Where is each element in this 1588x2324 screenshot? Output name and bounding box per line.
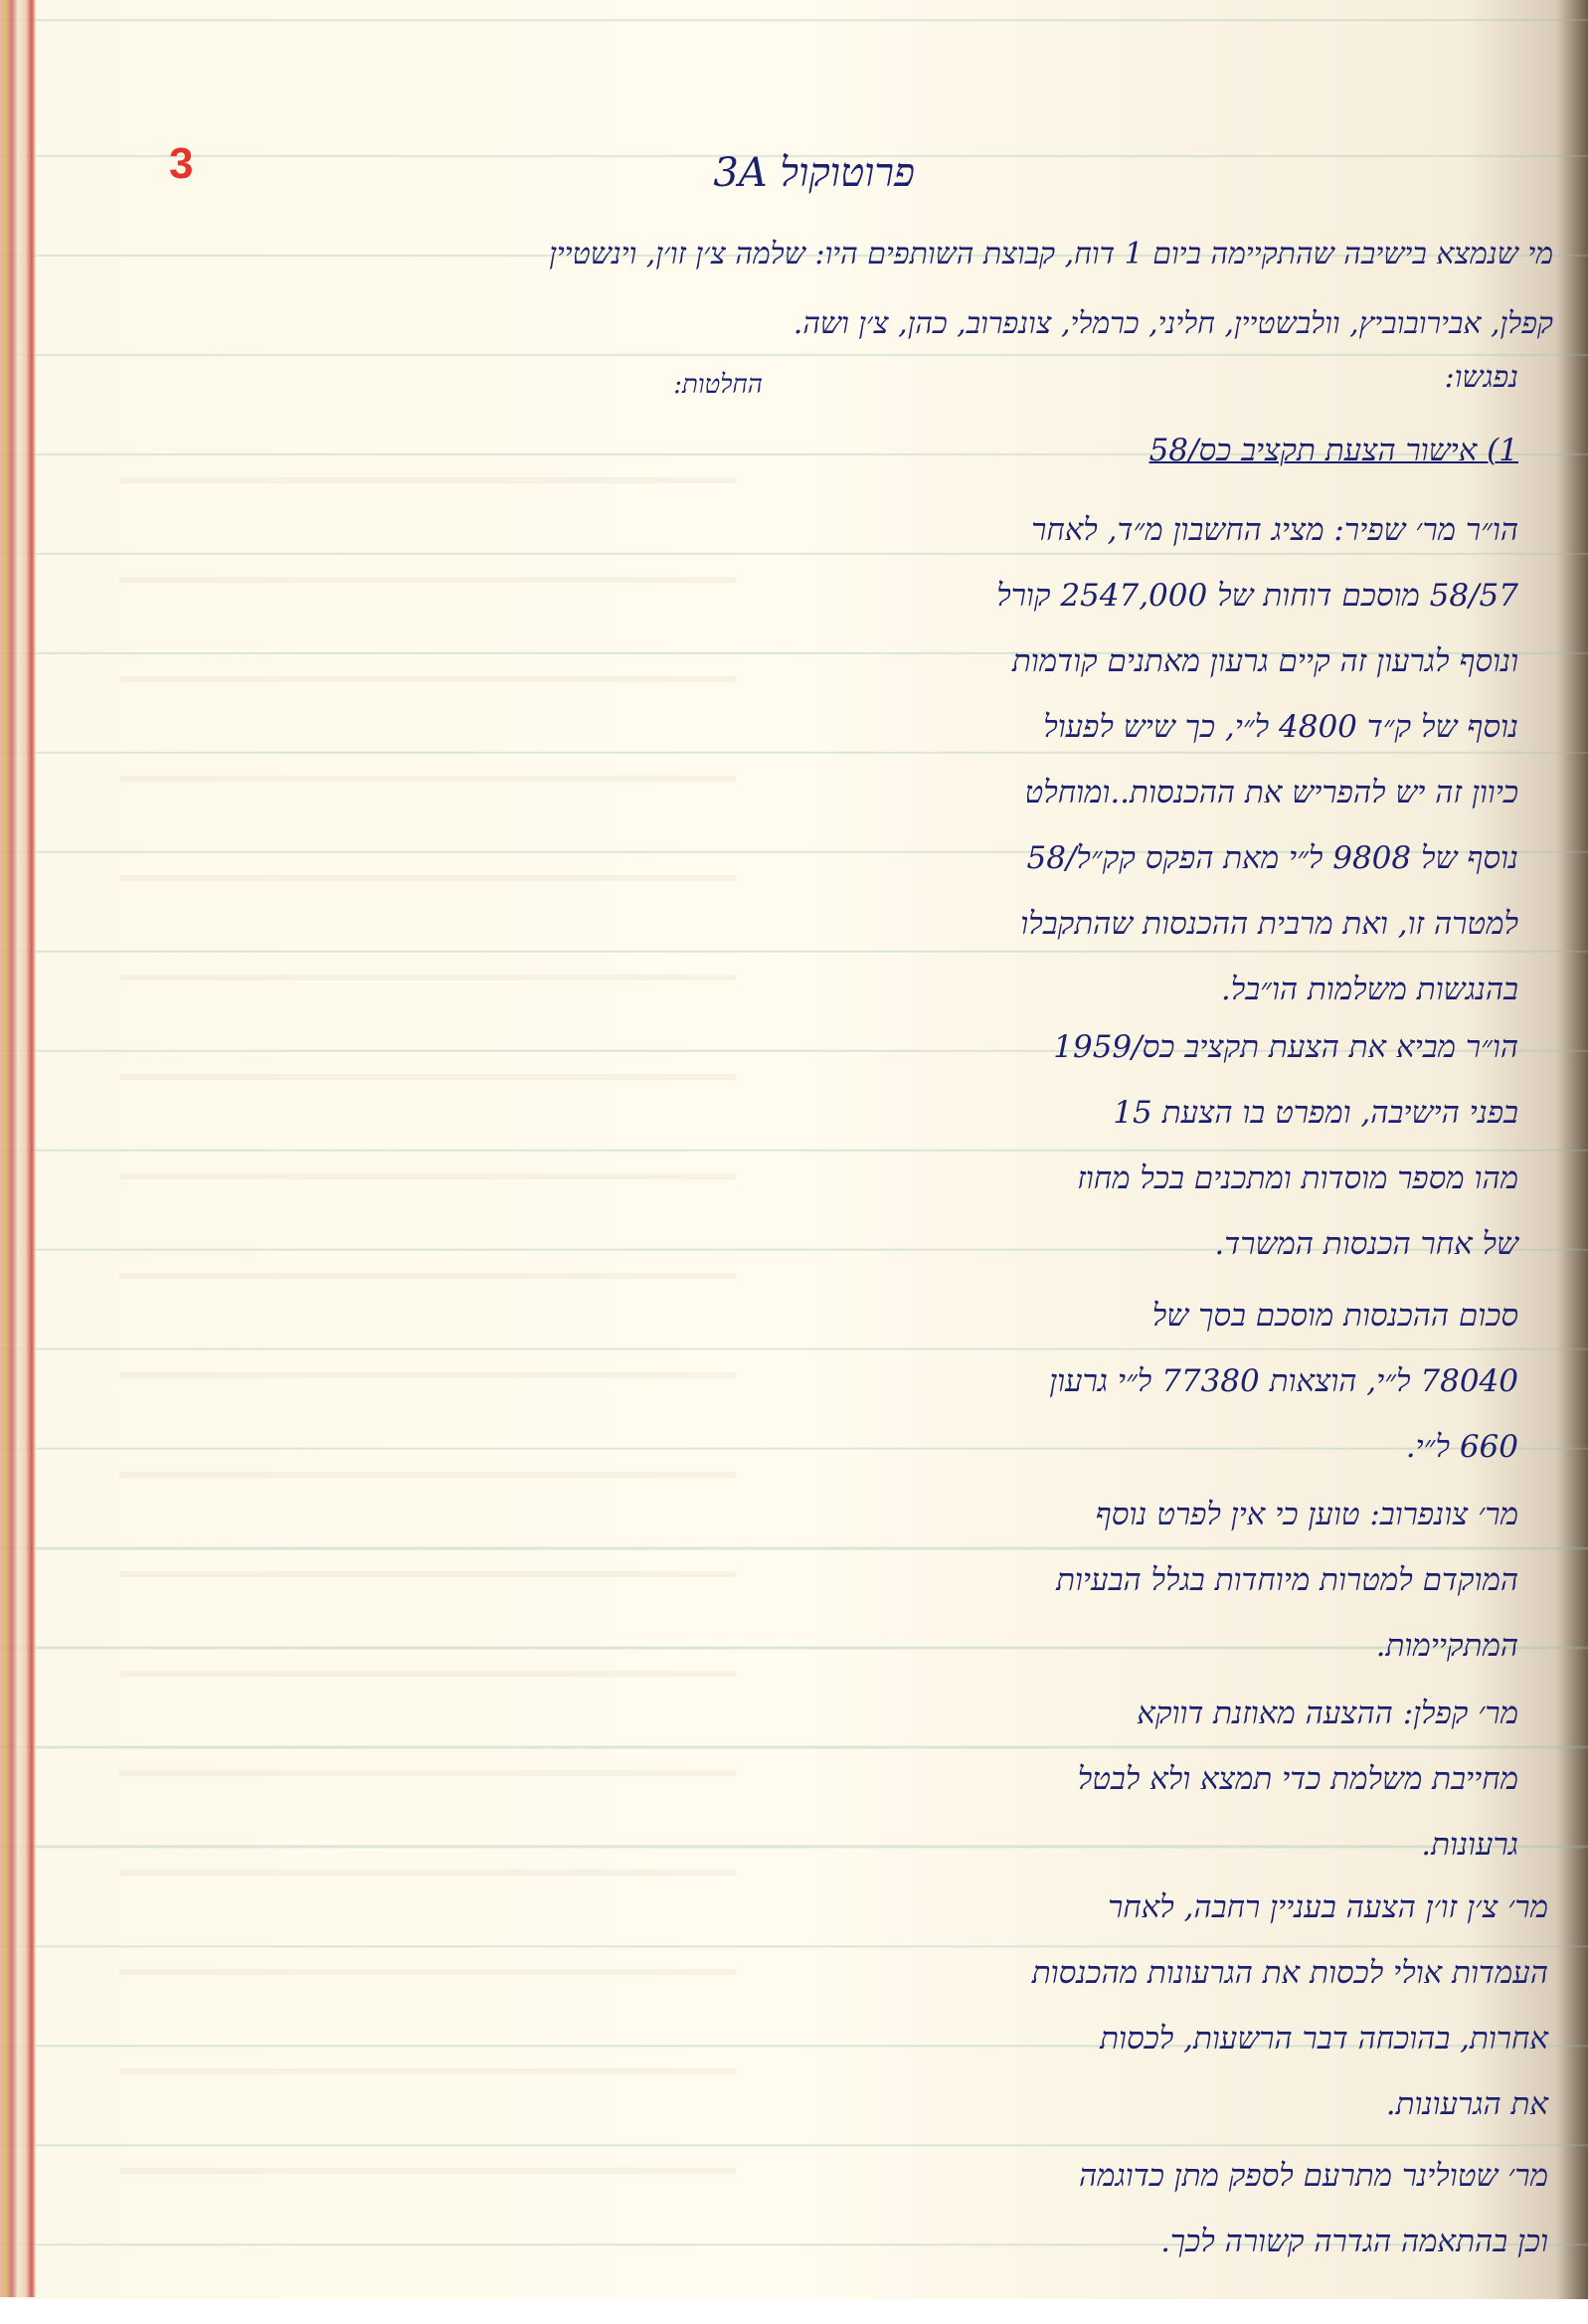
section-1-heading: 1) אישור הצעת תקציב כס/58 [802,418,1518,483]
section-1-paragraph-3: סכום ההכנסות מוסכם בסך של 78040 ל״י, הוצ… [802,1283,1518,1480]
text-line: את הגרעונות. [753,2071,1548,2137]
document-title: פרוטוקול 3A [636,149,915,196]
section-heading-text: 1) אישור הצעת תקציב כס/58 [1149,433,1518,468]
text-line: מר׳ צונפרוב: טוען כי אין לפרט נוסף [802,1482,1518,1547]
text-line: כיוון זה יש להפריש את ההכנסות..ומוחלט [802,760,1518,825]
text-line: נוסף של 9808 ל״י מאת הפקס קק״ל/58 [802,825,1518,891]
comment-1: מר׳ צונפרוב: טוען כי אין לפרט נוסף המוקד… [802,1482,1518,1679]
page-number: 3 [169,139,193,189]
comment-2: מר׳ קפלן: ההצעה מאוזנת דווקא מחייבת משלמ… [802,1681,1518,1877]
section-1-paragraph-2: הו״ר מביא את הצעת תקציב כס/1959 בפני היש… [802,1014,1518,1277]
text-line: המוקדם למטרות מיוחדות בגלל הבעיות [802,1547,1518,1613]
text-line: ונוסף לגרעון זה קיים גרעון מאתנים קודמות [802,628,1518,694]
text-line: המתקיימות. [802,1613,1518,1679]
text-line: למטרה זו, ואת מרבית ההכנסות שהתקבלו [802,891,1518,957]
text-line: וכן בהתאמה הגדרה קשורה לכך. [753,2209,1548,2274]
text-line: של אחר הכנסות המשרד. [802,1211,1518,1277]
text-line: סכום ההכנסות מוסכם בסך של [802,1283,1518,1348]
text-line: בפני הישיבה, ומפרט בו הצעת 15 [802,1080,1518,1146]
text-line: 78040 ל״י, הוצאות 77380 ל״י גרעון [802,1348,1518,1414]
text-line: גרעונות. [802,1812,1518,1877]
comment-4: מר׳ שטולינר מתרעם לספק מתן כדוגמה וכן בה… [753,2143,1548,2274]
text-line: בהנגשות משלמות הו״בל. [802,957,1518,1022]
text-line: מהו מספר מוסדות ומתכנים בכל מחוז [802,1146,1518,1211]
text-line: מחייבת משלמת כדי תמצא ולא לבטל [802,1746,1518,1812]
scan-bottom-margin [0,2299,1588,2324]
section-1-paragraph-1: הו״ר מר׳ שפיר: מציג החשבון מ״ד, לאחר 58/… [802,497,1518,1022]
text-line: מר׳ קפלן: ההצעה מאוזנת דווקא [802,1681,1518,1746]
intro-line-3: נפגשו: [1445,360,1518,395]
text-line: הו״ר מר׳ שפיר: מציג החשבון מ״ד, לאחר [802,497,1518,563]
text-line: 660 ל״י. [802,1414,1518,1480]
text-line: מר׳ צ׳ן זו׳ן הצעה בעניין רחבה, לאחר [753,1875,1548,1940]
text-line: מר׳ שטולינר מתרעם לספק מתן כדוגמה [753,2143,1548,2209]
binding-edge [0,0,36,2297]
intro-line-4: החלטות: [673,370,763,400]
text-line: 58/57 מוסכם דוחות של 2547,000 קורל [802,563,1518,628]
intro-line-1: מי שנמצא בישיבה שהתקיימה ביום 1 דוח, קבו… [549,237,1553,271]
text-line: אחרות, בהוכחה דבר הרשעות, לכסות [753,2006,1548,2071]
text-line: הו״ר מביא את הצעת תקציב כס/1959 [802,1014,1518,1080]
text-line: העמדות אולי לכסות את הגרעונות מהכנסות [753,1940,1548,2006]
text-line: נוסף של ק״ד 4800 ל״י, כך שיש לפעול [802,694,1518,760]
comment-3: מר׳ צ׳ן זו׳ן הצעה בעניין רחבה, לאחר העמד… [753,1875,1548,2137]
intro-line-2: קפלן, אבירובוביץ, וולבשטיין, חליני, כרמל… [794,306,1553,341]
